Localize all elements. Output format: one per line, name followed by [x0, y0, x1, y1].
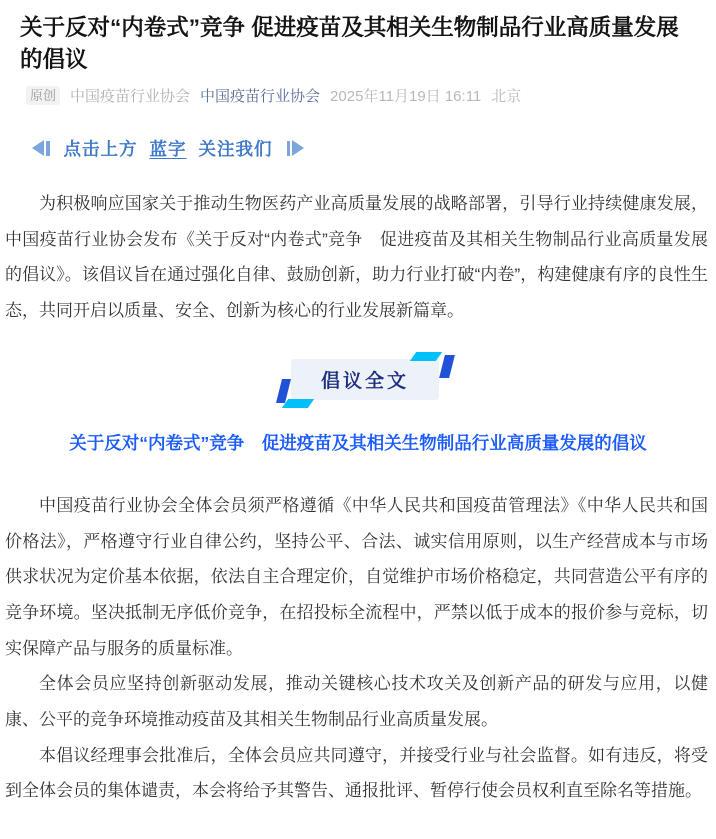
banner-text-highlight: 蓝字 [150, 136, 187, 161]
publish-datetime: 2025年11月19日 16:11 [330, 85, 481, 106]
account-link[interactable]: 中国疫苗行业协会 [200, 85, 320, 106]
banner-left-arrow-icon [32, 140, 52, 156]
article-title: 关于反对“内卷式”竞争 促进疫苗及其相关生物制品行业高质量发展的倡议 [0, 0, 716, 76]
badge-corner-decoration-icon [439, 355, 455, 378]
publish-location: 北京 [491, 85, 521, 106]
original-badge: 原创 [26, 86, 60, 105]
full-text-badge-label: 倡议全文 [321, 371, 409, 392]
follow-banner[interactable]: 点击上方 蓝字 关注我们 [32, 136, 716, 161]
badge-corner-decoration-icon [282, 399, 314, 408]
article-meta: 原创 中国疫苗行业协会 中国疫苗行业协会 2025年11月19日 16:11 北… [26, 85, 696, 106]
proposal-paragraph-2: 全体会员应坚持创新驱动发展，推动关键核心技术攻关及创新产品的研发与应用，以健康、… [5, 666, 708, 737]
proposal-paragraph-1: 中国疫苗行业协会全体会员须严格遵循《中华人民共和国疫苗管理法》《中华人民共和国价… [5, 488, 708, 666]
full-text-badge-row: 倡议全文 [0, 359, 716, 400]
article-page: 关于反对“内卷式”竞争 促进疫苗及其相关生物制品行业高质量发展的倡议 原创 中国… [0, 0, 716, 819]
full-text-badge: 倡议全文 [291, 359, 439, 400]
banner-text-prefix: 点击上方 [64, 136, 138, 161]
banner-text-suffix: 关注我们 [199, 136, 273, 161]
banner-right-arrow-icon [285, 140, 305, 156]
author-name: 中国疫苗行业协会 [70, 85, 190, 106]
proposal-heading: 关于反对“内卷式”竞争 促进疫苗及其相关生物制品行业高质量发展的倡议 [20, 430, 696, 456]
badge-corner-decoration-icon [410, 352, 442, 361]
intro-paragraph: 为积极响应国家关于推动生物医药产业高质量发展的战略部署，引导行业持续健康发展，中… [5, 186, 708, 329]
proposal-paragraph-3: 本倡议经理事会批准后，全体会员应共同遵守，并接受行业与社会监督。如有违反，将受到… [5, 738, 708, 809]
